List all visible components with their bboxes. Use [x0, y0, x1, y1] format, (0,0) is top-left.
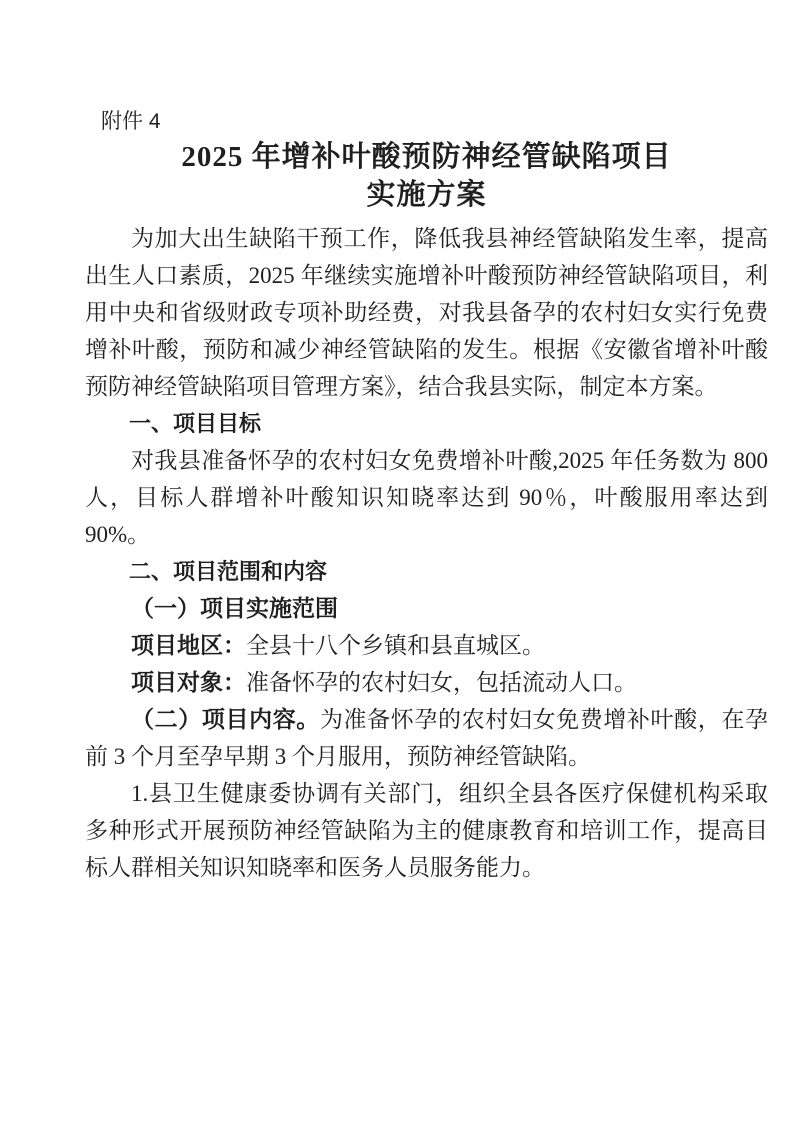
- section-1-paragraph: 对我县准备怀孕的农村妇女免费增补叶酸,2025 年任务数为 800 人，目标人群…: [85, 442, 768, 553]
- project-region-line: 项目地区：全县十八个乡镇和县直城区。: [85, 627, 768, 664]
- subsection-2-paragraph: （二）项目内容。为准备怀孕的农村妇女免费增补叶酸，在孕前 3 个月至孕早期 3 …: [85, 701, 768, 775]
- section-1-heading: 一、项目目标: [85, 405, 768, 442]
- document-title: 2025 年增补叶酸预防神经管缺陷项目 实施方案: [85, 138, 768, 214]
- subsection-2-heading: （二）项目内容。: [131, 707, 320, 732]
- document-title-line-1: 2025 年增补叶酸预防神经管缺陷项目: [85, 138, 768, 176]
- section-2-heading: 二、项目范围和内容: [85, 553, 768, 590]
- attachment-label: 附件 4: [85, 108, 768, 136]
- project-target-label: 项目对象：: [131, 670, 246, 695]
- project-target-line: 项目对象：准备怀孕的农村妇女，包括流动人口。: [85, 664, 768, 701]
- document-content: 附件 4 2025 年增补叶酸预防神经管缺陷项目 实施方案 为加大出生缺陷干预工…: [85, 0, 768, 886]
- document-title-line-2: 实施方案: [85, 176, 768, 214]
- item-1-paragraph: 1.县卫生健康委协调有关部门，组织全县各医疗保健机构采取多种形式开展预防神经管缺…: [85, 775, 768, 886]
- document-page: 附件 4 2025 年增补叶酸预防神经管缺陷项目 实施方案 为加大出生缺陷干预工…: [0, 0, 793, 1122]
- intro-paragraph: 为加大出生缺陷干预工作，降低我县神经管缺陷发生率，提高出生人口素质，2025 年…: [85, 220, 768, 405]
- document-body: 为加大出生缺陷干预工作，降低我县神经管缺陷发生率，提高出生人口素质，2025 年…: [85, 220, 768, 886]
- project-target-text: 准备怀孕的农村妇女，包括流动人口。: [246, 670, 637, 695]
- project-region-label: 项目地区：: [131, 633, 246, 658]
- project-region-text: 全县十八个乡镇和县直城区。: [246, 633, 545, 658]
- subsection-1-heading: （一）项目实施范围: [85, 590, 768, 627]
